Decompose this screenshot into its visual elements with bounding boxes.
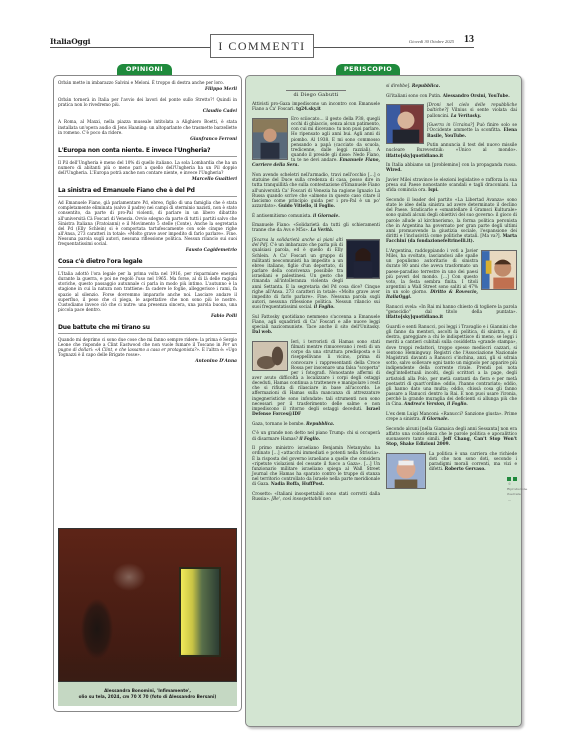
roberto-gervaso-photo — [386, 453, 426, 489]
issue-date: Giovedì 30 Ottobre 2025 — [409, 39, 454, 44]
quote: Ero sciiocato… il gesto della P38, quegl… — [252, 117, 380, 169]
putin-photo — [386, 104, 424, 144]
quote: si direbbe]. Repubblica. — [386, 84, 517, 89]
quote: Non avendo scheletri nell'armadio, travi… — [252, 173, 380, 209]
page-number: 13 — [464, 34, 474, 45]
article-text: L'Italia adottò l'ora legale per la prim… — [58, 271, 237, 312]
opinioni-content: Orbán mette in imbarazzo Salvini e Melon… — [58, 80, 237, 369]
caption-line-2: olio su tela, 2024, cm 70 X 70 (foto di … — [58, 694, 237, 700]
article-text: Ad Emanuele Fiano, già parlamentare Pd, … — [58, 200, 237, 246]
quote: La politica è una carriera che richiede … — [386, 452, 517, 473]
opinion-author: Filippo Merli — [58, 87, 237, 92]
periscopio-tab: PERISCOPIO — [336, 64, 400, 75]
elly-schlein-photo — [346, 239, 380, 279]
opinioni-tab: OPINIONI — [117, 64, 172, 75]
quote: Secondo alcuni [nella Giamaica degli ann… — [386, 427, 517, 448]
quote: Secondo il leader del partito «La Libert… — [386, 198, 517, 244]
emanuele-fiano-photo — [252, 118, 288, 160]
opinion-text: Orbán tornerà in Italia per l'avvio dei … — [58, 97, 237, 107]
quote: Sul Fattosky quotidiano nemmeno s'accenn… — [252, 315, 380, 336]
opinioni-box: Orbán mette in imbarazzo Salvini e Melon… — [53, 75, 242, 712]
byline: di Diego Gabutti — [286, 90, 346, 98]
article-headline: L'Europa non conta niente. E invece l'Un… — [58, 147, 237, 157]
quote: È antisemitismo comunista. il Giornale. — [252, 214, 380, 219]
quote: Emanuele Fiano: «Solidarietà da tutti gl… — [252, 223, 380, 233]
masthead: ItaliaOggi I COMMENTI Giovedì 30 Ottobre… — [50, 34, 474, 54]
painting-floor-detail — [59, 653, 236, 681]
quote: L'ex dem Luigi Manconi: «Ranucci? Sanzio… — [386, 412, 517, 422]
quote: Putin annuncia il test del nuovo missile… — [386, 143, 517, 158]
brand-logo: ItaliaOggi — [50, 37, 92, 46]
article-text: Quando mi deprimo ci sono due cose che m… — [58, 337, 237, 357]
quote: Gaza, tornano le bombe. Repubblica. — [252, 422, 380, 427]
periscopio-box: di Diego Gabutti Attivisti pro-Gaza impe… — [245, 75, 522, 727]
opinion-author: Claudio Cadei — [58, 109, 237, 114]
article-text: Il Pil dell'Ungheria è meno del 10% di q… — [58, 160, 237, 175]
quote: In Italia abbiamo un [problemino] con la… — [386, 163, 517, 173]
article-headline: La sinistra ed Emanuele Fiano che è del … — [58, 187, 237, 197]
periscopio-column-1: di Diego Gabutti Attivisti pro-Gaza impe… — [252, 84, 380, 507]
periscopio-column-2: si direbbe]. Repubblica. Gl'italiani son… — [386, 84, 517, 490]
ranucci-photo — [481, 250, 517, 290]
quote: Javier Milei stravince le elezioni legis… — [386, 178, 517, 193]
painting-caption: Alessandra Bonomini, 'Infimamente', olio… — [58, 682, 237, 706]
quote: Crosetto: «Italiani insospettabili sono … — [252, 492, 380, 502]
quote: [Droni nel cielo delle repubbliche balti… — [386, 103, 517, 118]
article-headline: Cosa c'è dietro l'ora legale — [58, 258, 237, 268]
quote: [Scarsa la solidarietà anche ai piani al… — [252, 238, 380, 310]
section-title: I COMMENTI — [210, 34, 314, 58]
quote: Guardi e senti Ranucci, poi leggi i Trav… — [386, 325, 517, 408]
article-author: Fabio Polli — [58, 314, 237, 319]
quote: C'è un grande non detto nel piano Trump:… — [252, 431, 380, 441]
end-square-icon — [513, 477, 517, 481]
painting-image — [58, 528, 237, 682]
quote: Il primo ministro israeliano Benjamin Ne… — [252, 446, 380, 487]
gaza-rubble-photo — [252, 341, 288, 371]
painting-door-detail — [179, 567, 221, 657]
article-author: Antonino D'Anna — [58, 359, 237, 364]
quote: Gl'italiani sono con Putin. Alessandro O… — [386, 94, 517, 99]
quote: Attivisti pro-Gaza impediscono un incont… — [252, 102, 380, 112]
opinion-text: A Roma, al Maxxi, nella piazza museale i… — [58, 119, 237, 134]
article-author: Marcello Gualtieri — [58, 177, 237, 182]
quote: Ranucci svela: «In Rai mi hanno chiesto … — [386, 305, 517, 320]
opinion-author: Gianfranco Ferroni — [58, 137, 237, 142]
quote: Ieri, i terroristi di Hamas sono stati f… — [252, 340, 380, 417]
article-author: Fausto Cagidemetrio — [58, 248, 237, 253]
quote: L'Argentina, raddoppiando i voti a Javie… — [386, 249, 517, 301]
opinion-text: Orbán mette in imbarazzo Salvini e Melon… — [58, 80, 237, 85]
article-headline: Due battute che mi tirano su — [58, 324, 237, 334]
